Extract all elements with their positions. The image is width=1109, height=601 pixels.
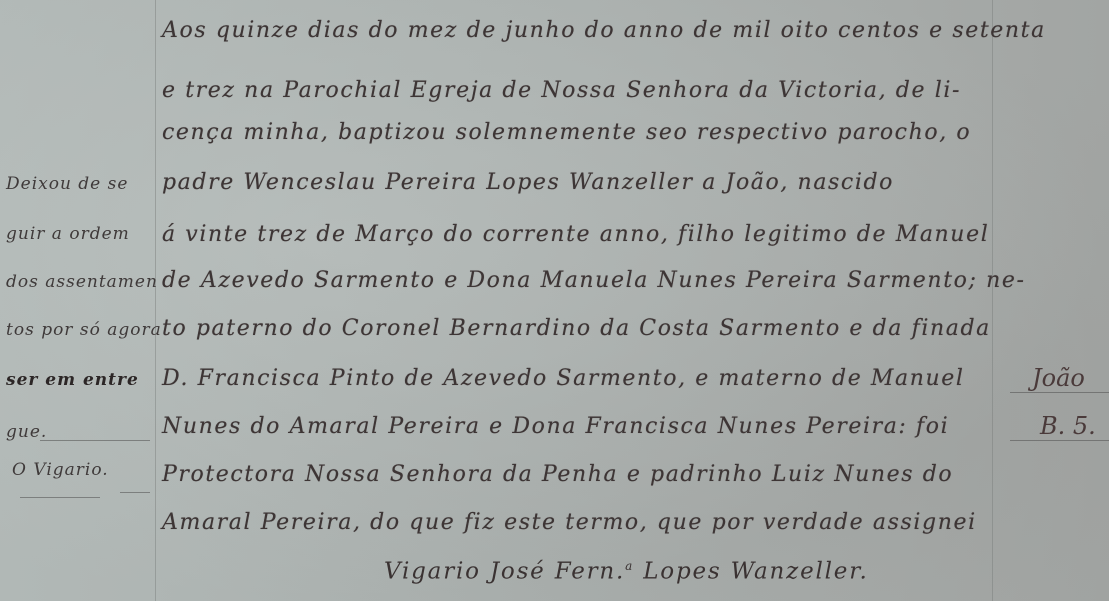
body-line: de Azevedo Sarmento e Dona Manuela Nunes… [162,270,1026,292]
body-line: D. Francisca Pinto de Azevedo Sarmento, … [162,368,965,390]
body-line: cença minha, baptizou solemnemente seo r… [162,122,971,144]
signature-name: Vigario José Fern. [384,559,625,585]
body-line: Amaral Pereira, do que fiz este termo, q… [162,512,977,534]
manuscript-page: Aos quinze dias do mez de junho do anno … [0,0,1109,601]
left-margin-note: O Vigario. [12,462,109,479]
signature: Vigario José Fern.a Lopes Wanzeller. [384,560,869,584]
signature-superscript: a [625,559,634,573]
right-margin-rule-lower [1010,440,1109,441]
left-margin-note: ser em entre [6,372,139,389]
margin-underline [40,440,150,441]
right-margin-name: João [1032,366,1085,390]
left-margin-rule [155,0,156,601]
body-line: Protectora Nossa Senhora da Penha e padr… [162,464,953,486]
right-margin-code: B. 5. [1040,414,1096,438]
body-line: to paterno do Coronel Bernardino da Cost… [162,318,991,340]
body-line: á vinte trez de Março do corrente anno, … [162,224,989,246]
body-line: padre Wenceslau Pereira Lopes Wanzeller … [162,172,894,194]
left-margin-note: Deixou de se [6,176,128,193]
signature-surname: Lopes Wanzeller. [643,559,868,585]
body-line: Nunes do Amaral Pereira e Dona Francisca… [162,416,949,438]
margin-underline [120,492,150,493]
body-line: Aos quinze dias do mez de junho do anno … [162,20,1046,42]
margin-underline [20,497,100,498]
right-margin-rule-upper [1010,392,1109,393]
left-margin-note: dos assentamen [6,274,158,291]
right-margin-rule [992,0,993,601]
left-margin-note: gue. [6,424,47,441]
left-margin-note: guir a ordem [6,226,130,243]
body-line: e trez na Parochial Egreja de Nossa Senh… [162,80,961,102]
left-margin-note: tos por só agora [6,322,162,339]
